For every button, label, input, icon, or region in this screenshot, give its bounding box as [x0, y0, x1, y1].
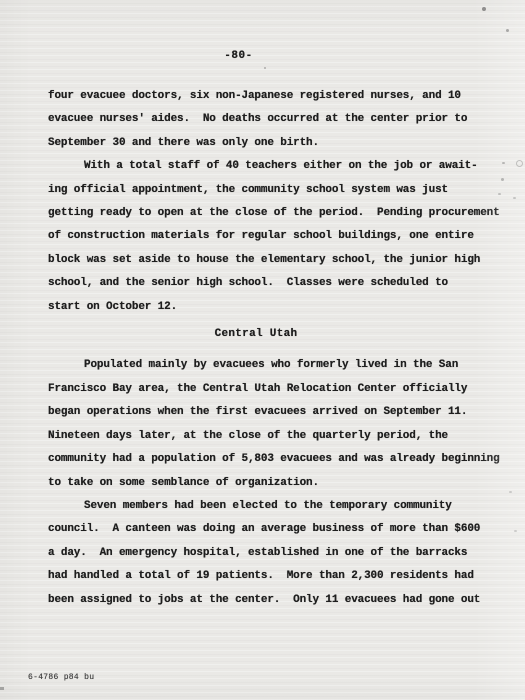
text-line: community had a population of 5,803 evac…: [48, 448, 498, 471]
scan-speck: [502, 162, 505, 164]
page-number: -80-: [0, 50, 501, 62]
scan-speck: [513, 197, 516, 199]
text-line: began operations when the first evacuees…: [48, 401, 498, 424]
text-line: ing official appointment, the community …: [48, 179, 498, 202]
text-line: a day. An emergency hospital, establishe…: [48, 542, 498, 565]
scan-speck: [506, 29, 509, 32]
text-line: Seven members had been elected to the te…: [48, 495, 498, 518]
paragraph-community-organization: Seven members had been elected to the te…: [48, 495, 498, 612]
text-line: Populated mainly by evacuees who formerl…: [48, 354, 498, 377]
document-body: four evacuee doctors, six non-Japanese r…: [48, 85, 498, 612]
text-line: block was set aside to house the element…: [48, 249, 498, 272]
text-line: start on October 12.: [48, 296, 498, 319]
text-line: Francisco Bay area, the Central Utah Rel…: [48, 378, 498, 401]
text-line: With a total staff of 40 teachers either…: [48, 155, 498, 178]
scan-speck: [0, 687, 4, 690]
footer-code: 6-4786 p84 bu: [28, 673, 94, 682]
scan-speck: [482, 7, 486, 11]
text-line: evacuee nurses' aides. No deaths occurre…: [48, 108, 498, 131]
text-line: had handled a total of 19 patients. More…: [48, 565, 498, 588]
text-line: school, and the senior high school. Clas…: [48, 272, 498, 295]
section-heading: Central Utah: [31, 323, 481, 346]
text-line: been assigned to jobs at the center. Onl…: [48, 589, 498, 612]
document-page: -80- four evacuee doctors, six non-Japan…: [0, 0, 525, 700]
paragraph-continuation: four evacuee doctors, six non-Japanese r…: [48, 85, 498, 155]
paragraph-school-system: With a total staff of 40 teachers either…: [48, 155, 498, 319]
text-line: four evacuee doctors, six non-Japanese r…: [48, 85, 498, 108]
scan-speck: [509, 491, 512, 493]
paragraph-central-utah-intro: Populated mainly by evacuees who formerl…: [48, 354, 498, 494]
scan-speck: [498, 193, 501, 195]
scan-speck: [264, 67, 266, 69]
scan-speck: [514, 530, 517, 532]
text-line: council. A canteen was doing an average …: [48, 518, 498, 541]
text-line: Nineteen days later, at the close of the…: [48, 425, 498, 448]
scan-speck: [501, 178, 504, 181]
text-line: September 30 and there was only one birt…: [48, 132, 498, 155]
text-line: getting ready to open at the close of th…: [48, 202, 498, 225]
text-line: of construction materials for regular sc…: [48, 225, 498, 248]
text-line: to take on some semblance of organizatio…: [48, 472, 498, 495]
scan-speck: [516, 160, 523, 167]
